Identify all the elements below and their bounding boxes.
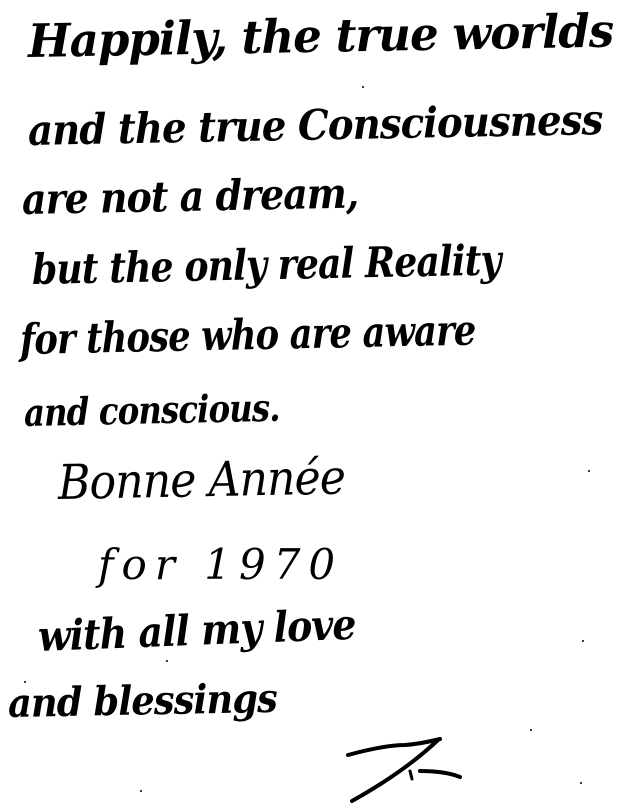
signature-mark-icon: Signature mark [340, 735, 470, 804]
greeting-line: Bonne Année [58, 450, 346, 511]
speck [582, 640, 584, 642]
speck [166, 660, 168, 662]
note-line-6: and conscious. [24, 385, 280, 435]
speck [530, 729, 532, 731]
speck [24, 681, 26, 683]
note-line-3: are not a dream, [22, 168, 359, 224]
year-line: for 1970 [98, 540, 343, 589]
speck [580, 782, 582, 784]
note-line-5: for those who are aware [20, 306, 476, 364]
speck [140, 790, 142, 792]
closing-line-1: with all my love [37, 600, 356, 661]
speck [588, 470, 590, 472]
speck [362, 86, 364, 88]
note-line-4: but the only real Reality [32, 235, 501, 294]
note-line-2: and the true Consciousness [28, 95, 603, 155]
note-line-1: Happily, the true worlds [28, 4, 614, 68]
closing-line-2: and blessings [8, 675, 278, 727]
handwritten-note-page: Happily, the true worlds and the true Co… [0, 0, 625, 804]
